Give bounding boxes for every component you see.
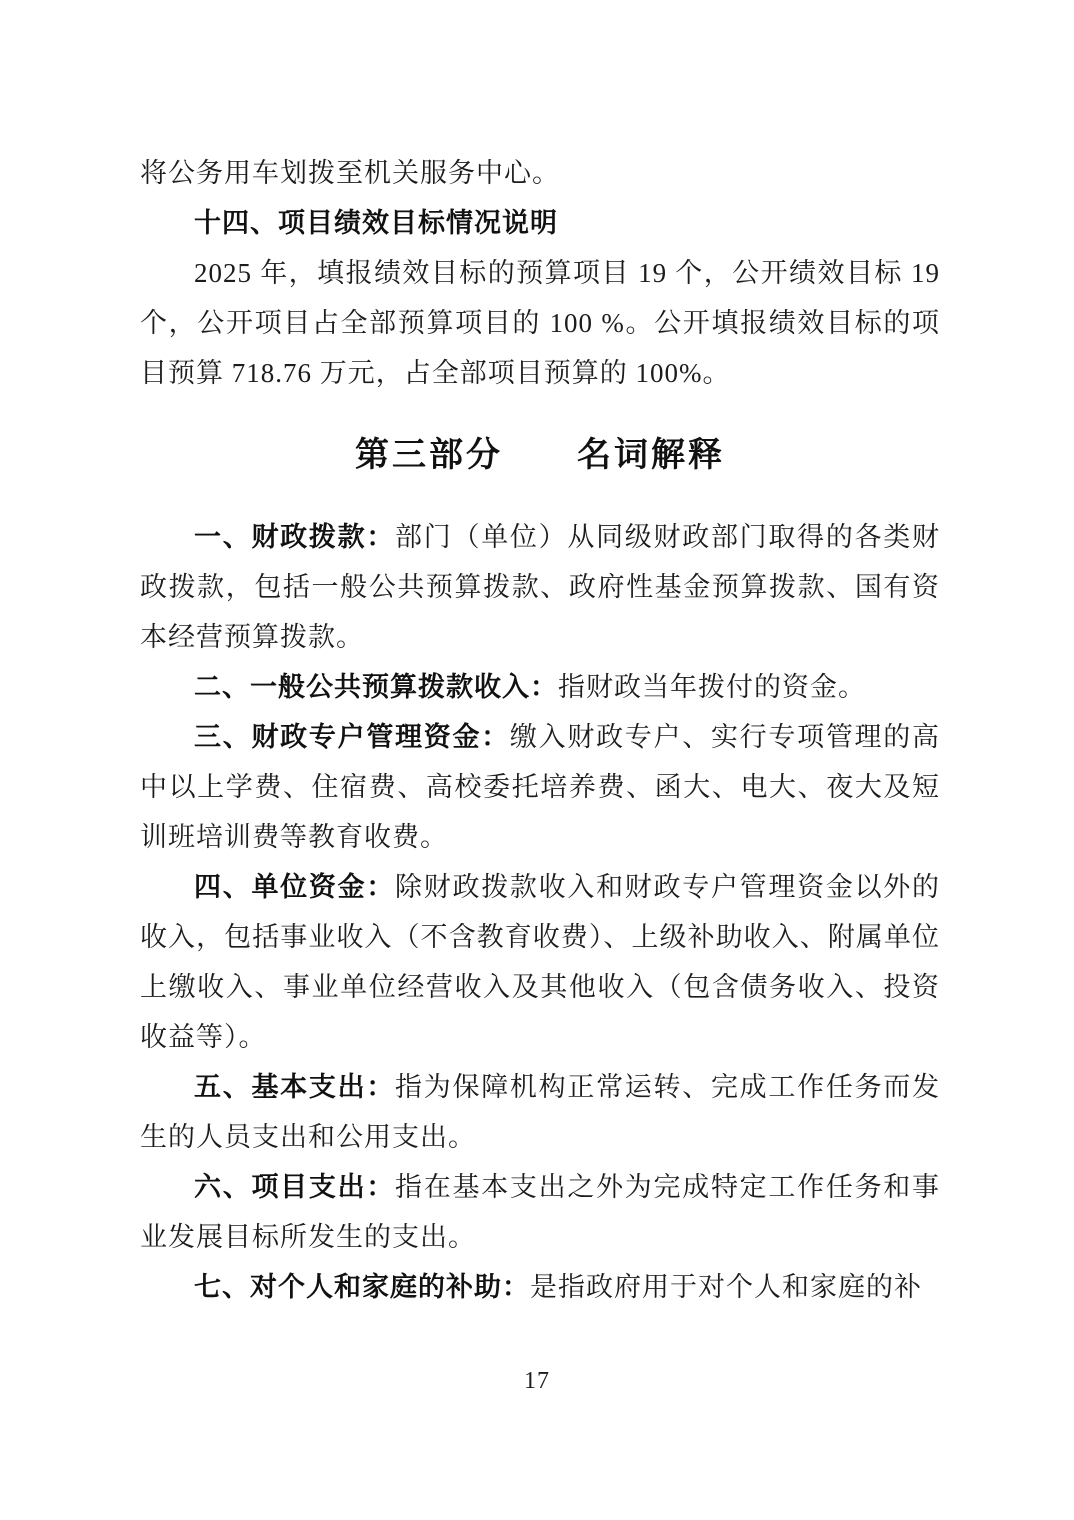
definition-term-5: 五、基本支出：	[194, 1072, 395, 1102]
definition-term-2: 二、一般公共预算拨款收入：	[194, 672, 558, 702]
definition-term-4: 四、单位资金：	[194, 872, 395, 902]
document-content: 将公务用车划拨至机关服务中心。 十四、项目绩效目标情况说明 2025 年，填报绩…	[0, 0, 1074, 1312]
document-page: 将公务用车划拨至机关服务中心。 十四、项目绩效目标情况说明 2025 年，填报绩…	[0, 0, 1074, 1520]
continuation-paragraph: 将公务用车划拨至机关服务中心。	[140, 148, 940, 198]
section-14-paragraph: 2025 年，填报绩效目标的预算项目 19 个，公开绩效目标 19 个，公开项目…	[140, 248, 940, 398]
definition-item-5: 五、基本支出：指为保障机构正常运转、完成工作任务而发生的人员支出和公用支出。	[140, 1062, 940, 1162]
part-3-title: 第三部分 名词解释	[140, 426, 940, 486]
definition-term-1: 一、财政拨款：	[194, 522, 395, 552]
definition-desc-2: 指财政当年拨付的资金。	[558, 672, 866, 702]
definition-item-6: 六、项目支出：指在基本支出之外为完成特定工作任务和事业发展目标所发生的支出。	[140, 1162, 940, 1262]
definition-item-4: 四、单位资金：除财政拨款收入和财政专户管理资金以外的收入，包括事业收入（不含教育…	[140, 862, 940, 1062]
page-footer: 17	[0, 1366, 1074, 1396]
definition-item-3: 三、财政专户管理资金：缴入财政专户、实行专项管理的高中以上学费、住宿费、高校委托…	[140, 712, 940, 862]
definition-desc-7: 是指政府用于对个人和家庭的补	[530, 1272, 922, 1302]
definition-term-3: 三、财政专户管理资金：	[194, 722, 510, 752]
section-14-heading: 十四、项目绩效目标情况说明	[140, 198, 940, 248]
definition-term-6: 六、项目支出：	[194, 1172, 395, 1202]
page-number: 17	[524, 1368, 550, 1394]
definition-item-7: 七、对个人和家庭的补助：是指政府用于对个人和家庭的补	[140, 1262, 940, 1312]
definition-item-2: 二、一般公共预算拨款收入：指财政当年拨付的资金。	[140, 662, 940, 712]
definition-term-7: 七、对个人和家庭的补助：	[194, 1272, 530, 1302]
definition-item-1: 一、财政拨款：部门（单位）从同级财政部门取得的各类财政拨款，包括一般公共预算拨款…	[140, 512, 940, 662]
